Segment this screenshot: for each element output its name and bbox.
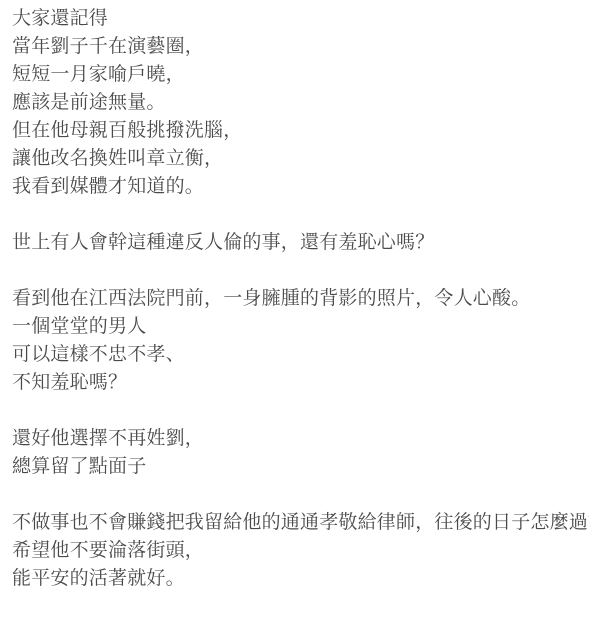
post-body: 大家還記得 當年劉子千在演藝圈， 短短一月家喻戶曉， 應該是前途無量。 但在他母… xyxy=(0,0,589,593)
text-line: 當年劉子千在演藝圈， xyxy=(12,33,579,61)
text-line: 短短一月家喻戶曉， xyxy=(12,61,579,89)
text-line: 應該是前途無量。 xyxy=(12,89,579,117)
text-line: 但在他母親百般挑撥洗腦， xyxy=(12,117,579,145)
text-line: 看到他在江西法院門前，一身臃腫的背影的照片，令人心酸。 xyxy=(12,285,579,313)
text-line: 我看到媒體才知道的。 xyxy=(12,173,579,201)
text-line: 希望他不要淪落街頭， xyxy=(12,537,579,565)
text-line: 一個堂堂的男人 xyxy=(12,313,579,341)
blank-line xyxy=(12,481,579,509)
text-line: 還好他選擇不再姓劉， xyxy=(12,425,579,453)
text-line: 讓他改名換姓叫章立衡， xyxy=(12,145,579,173)
blank-line xyxy=(12,397,579,425)
text-line: 大家還記得 xyxy=(12,5,579,33)
text-line: 總算留了點面子 xyxy=(12,453,579,481)
text-line: 不做事也不會賺錢把我留給他的通通孝敬給律師，往後的日子怎麼過？ xyxy=(12,509,579,537)
text-line: 可以這樣不忠不孝、 xyxy=(12,341,579,369)
blank-line xyxy=(12,257,579,285)
blank-line xyxy=(12,201,579,229)
text-line: 世上有人會幹這種違反人倫的事，還有羞恥心嗎？ xyxy=(12,229,579,257)
text-line: 不知羞恥嗎？ xyxy=(12,369,579,397)
text-line: 能平安的活著就好。 xyxy=(12,565,579,593)
